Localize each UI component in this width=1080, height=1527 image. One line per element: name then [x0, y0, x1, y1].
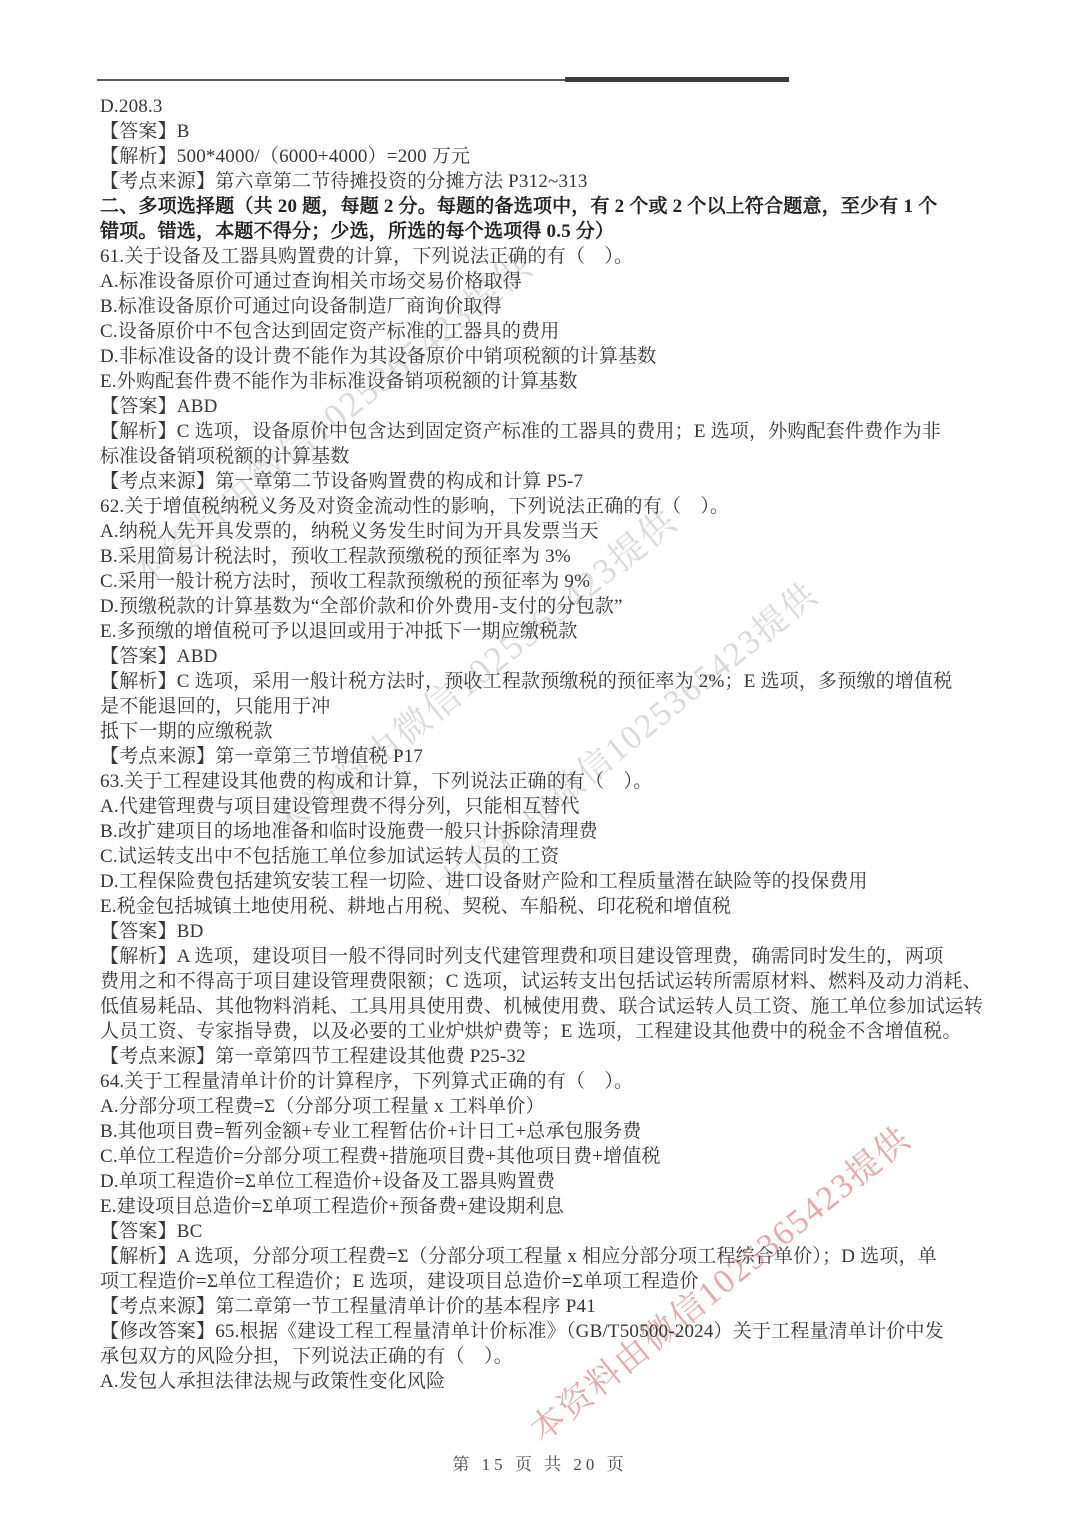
answer-line: 【答案】BD: [100, 919, 982, 944]
option-line: E.税金包括城镇土地使用税、耕地占用税、契税、车船税、印花税和增值税: [100, 894, 982, 919]
question-line: 【修改答案】65.根据《建设工程工程量清单计价标准》（GB/T50500-202…: [100, 1319, 982, 1344]
source-line: 【考点来源】第一章第二节设备购置费的构成和计算 P5-7: [100, 469, 982, 494]
source-line: 【考点来源】第一章第四节工程建设其他费 P25-32: [100, 1044, 982, 1069]
answer-line: 【答案】B: [100, 119, 982, 144]
analysis-wrap-line: 是不能退回的，只能用于冲: [100, 694, 982, 719]
option-line: B.其他项目费=暂列金额+专业工程暂估价+计日工+总承包服务费: [100, 1119, 982, 1144]
option-line: B.改扩建项目的场地准备和临时设施费一般只计拆除清理费: [100, 819, 982, 844]
answer-line: 【答案】ABD: [100, 394, 982, 419]
answer-line: 【答案】BC: [100, 1219, 982, 1244]
option-line: C.试运转支出中不包括施工单位参加试运转人员的工资: [100, 844, 982, 869]
option-line: A.发包人承担法律法规与政策性变化风险: [100, 1369, 982, 1394]
analysis-wrap-line: 人员工资、专家指导费，以及必要的工业炉烘炉费等；E 选项，工程建设其他费中的税金…: [100, 1019, 982, 1044]
option-line: D.208.3: [100, 94, 982, 119]
option-line: C.采用一般计税方法时，预收工程款预缴税的预征率为 9%: [100, 569, 982, 594]
section-title-wrap: 错项。错选，本题不得分；少选，所选的每个选项得 0.5 分）: [100, 219, 982, 244]
analysis-line: 【解析】500*4000/（6000+4000）=200 万元: [100, 144, 982, 169]
option-line: C.设备原价中不包含达到固定资产标准的工器具的费用: [100, 319, 982, 344]
question-line: 63.关于工程建设其他费的构成和计算，下列说法正确的有（ ）。: [100, 769, 982, 794]
option-line: A.分部分项工程费=Σ（分部分项工程量 x 工料单价）: [100, 1094, 982, 1119]
analysis-wrap-line: 项工程造价=Σ单位工程造价；E 选项，建设项目总造价=Σ单项工程造价: [100, 1269, 982, 1294]
option-line: E.外购配套件费不能作为非标准设备销项税额的计算基数: [100, 369, 982, 394]
answer-line: 【答案】ABD: [100, 644, 982, 669]
section-title: 二、多项选择题（共 20 题，每题 2 分。每题的备选项中，有 2 个或 2 个…: [100, 194, 982, 219]
option-line: A.标准设备原价可通过查询相关市场交易价格取得: [100, 269, 982, 294]
option-line: E.多预缴的增值税可予以退回或用于冲抵下一期应缴税款: [100, 619, 982, 644]
option-line: D.非标准设备的设计费不能作为其设备原价中销项税额的计算基数: [100, 344, 982, 369]
analysis-wrap-line: 抵下一期的应缴税款: [100, 719, 982, 744]
question-line: 61.关于设备及工器具购置费的计算，下列说法正确的有（ ）。: [100, 244, 982, 269]
source-line: 【考点来源】第六章第二节待摊投资的分摊方法 P312~313: [100, 169, 982, 194]
analysis-wrap-line: 费用之和不得高于项目建设管理费限额；C 选项，试运转支出包括试运转所需原材料、燃…: [100, 969, 982, 994]
option-line: A.纳税人先开具发票的，纳税义务发生时间为开具发票当天: [100, 519, 982, 544]
option-line: E.建设项目总造价=Σ单项工程造价+预备费+建设期利息: [100, 1194, 982, 1219]
option-line: D.工程保险费包括建筑安装工程一切险、进口设备财产险和工程质量潜在缺险等的投保费…: [100, 869, 982, 894]
option-line: C.单位工程造价=分部分项工程费+措施项目费+其他项目费+增值税: [100, 1144, 982, 1169]
document-body: D.208.3 【答案】B 【解析】500*4000/（6000+4000）=2…: [100, 94, 982, 1394]
question-wrap-line: 承包双方的风险分担，下列说法正确的有（ ）。: [100, 1344, 982, 1369]
top-rule-thick: [565, 77, 789, 82]
option-line: A.代建管理费与项目建设管理费不得分列，只能相互替代: [100, 794, 982, 819]
option-line: B.标准设备原价可通过向设备制造厂商询价取得: [100, 294, 982, 319]
exam-document-page: 本资料由微信1025365423提供 本资料由微信1025365423提供 本资…: [0, 0, 1080, 1527]
option-line: B.采用简易计税法时，预收工程款预缴税的预征率为 3%: [100, 544, 982, 569]
question-line: 64.关于工程量清单计价的计算程序，下列算式正确的有（ ）。: [100, 1069, 982, 1094]
option-line: D.单项工程造价=Σ单位工程造价+设备及工器具购置费: [100, 1169, 982, 1194]
page-footer: 第 15 页 共 20 页: [0, 1450, 1080, 1475]
source-line: 【考点来源】第一章第三节增值税 P17: [100, 744, 982, 769]
analysis-line: 【解析】A 选项，建设项目一般不得同时列支代建管理费和项目建设管理费，确需同时发…: [100, 944, 982, 969]
analysis-wrap-line: 标准设备销项税额的计算基数: [100, 444, 982, 469]
analysis-line: 【解析】C 选项，设备原价中包含达到固定资产标准的工器具的费用；E 选项，外购配…: [100, 419, 982, 444]
source-line: 【考点来源】第二章第一节工程量清单计价的基本程序 P41: [100, 1294, 982, 1319]
analysis-line: 【解析】C 选项，采用一般计税方法时，预收工程款预缴税的预征率为 2%；E 选项…: [100, 669, 982, 694]
question-line: 62.关于增值税纳税义务及对资金流动性的影响，下列说法正确的有（ ）。: [100, 494, 982, 519]
option-line: D.预缴税款的计算基数为“全部价款和价外费用-支付的分包款”: [100, 594, 982, 619]
analysis-wrap-line: 低值易耗品、其他物料消耗、工具用具使用费、机械使用费、联合试运转人员工资、施工单…: [100, 994, 982, 1019]
analysis-line: 【解析】A 选项，分部分项工程费=Σ（分部分项工程量 x 相应分部分项工程综合单…: [100, 1244, 982, 1269]
